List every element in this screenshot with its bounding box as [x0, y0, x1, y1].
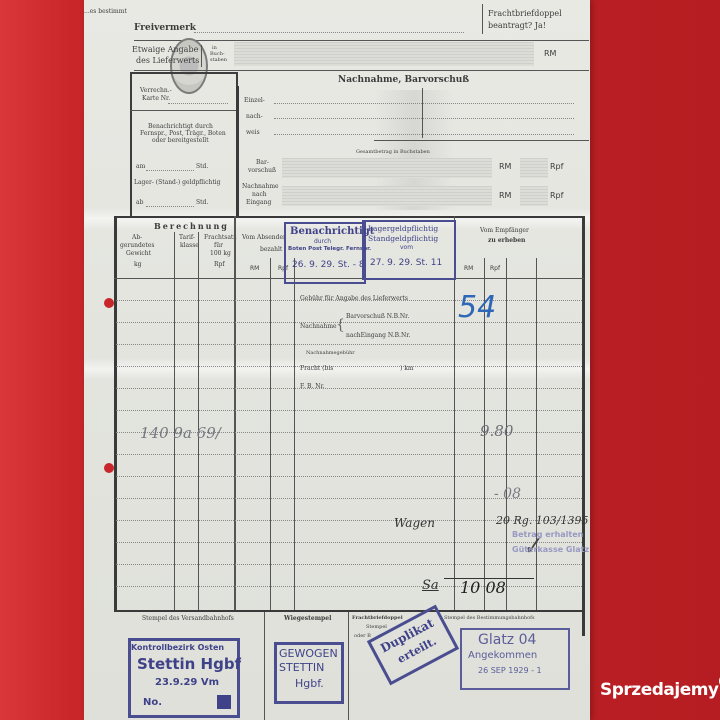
lieferwert-label-2: des Lieferwerts: [136, 57, 199, 65]
row-line: [116, 322, 582, 323]
verrechnungskarte-label: Verrechn.-: [140, 88, 172, 94]
punch-hole: [104, 463, 114, 473]
col-absender-header: bezahlt: [260, 247, 282, 253]
row-line: [116, 454, 582, 455]
column-line: [234, 216, 236, 610]
handwritten-note-word: Wagen: [394, 516, 435, 530]
handwritten-total: 10 08: [460, 578, 506, 597]
std-label: Std.: [196, 164, 208, 170]
col-rm-label: RM: [250, 266, 259, 272]
col-gewicht-header: gerundetes: [120, 243, 154, 249]
gebuehr-label: Gebühr für Angabe des Lieferwerts: [300, 296, 408, 302]
handwritten-sum-prefix: Sa: [422, 578, 439, 593]
einzelnachweis-label: Einzel-: [244, 98, 265, 104]
erhalten-stamp: Betrag erhalten Güterkasse Glatz: [512, 530, 589, 554]
divider: [264, 612, 265, 720]
handwritten-blue-number: 54: [458, 290, 496, 325]
weis-label: weis: [246, 130, 260, 136]
ab-field: [146, 206, 194, 207]
watermark-text: Sprzedajemy: [600, 680, 719, 700]
stamp-text: Lagergeldpflichtig: [368, 224, 438, 233]
handwritten-weight-row: 140 9a 69/: [140, 424, 221, 442]
nachnahme-field[interactable]: [282, 186, 492, 206]
column-line: [270, 258, 271, 610]
divider: [374, 140, 589, 141]
frachtbriefdoppel-stempel-label: Frachtbriefdoppel: [352, 616, 403, 621]
table-top-border: [114, 216, 584, 218]
stamp-text: Standgeldpflichtig: [368, 234, 438, 243]
col-rm-label: RM: [464, 266, 473, 272]
stamp-text: Stettin Hgbf: [137, 655, 241, 673]
col-gewicht-header: Gewicht: [126, 251, 151, 257]
stamp-date: 26 SEP 1929 - 1: [478, 666, 542, 675]
paper-fold: [84, 358, 590, 380]
top-fragment-text: ...es bestimmt: [84, 9, 127, 15]
divider: [134, 70, 589, 71]
col-tarif-header: Tarif-: [179, 235, 195, 241]
row-line: [116, 344, 582, 345]
nacheingang-nr-label: nachEingang N.B.Nr.: [346, 333, 410, 339]
rm-label: RM: [544, 50, 556, 58]
gewogen-stamp: GEWOGEN STETTIN Hgbf.: [274, 642, 344, 704]
lagergeld-stamp: Lagergeldpflichtig Standgeldpflichtig vo…: [362, 220, 456, 280]
erhalten-stamp-line: Güterkasse Glatz: [512, 545, 589, 554]
barvorschuss-rpf-field[interactable]: [520, 158, 548, 178]
rm-label: RM: [499, 163, 511, 171]
nach-label: nach: [252, 192, 267, 198]
col-frachtsatz-header: Frachtsatz: [204, 235, 236, 241]
nachnahme-rpf-field[interactable]: [520, 186, 548, 206]
divider: [482, 4, 483, 34]
km-label: ) km: [400, 366, 414, 372]
stettin-versand-stamp: Kontrollbezirk Osten Stettin Hgbf 23.9.2…: [128, 638, 240, 718]
col-gewicht-header: Ab-: [132, 235, 142, 241]
col-tarif-header: klasse: [180, 243, 199, 249]
lieferwert-label-1: Etwaige Angabe: [132, 46, 198, 54]
barvorschuss-field[interactable]: [282, 158, 492, 178]
glatz-angekommen-stamp: Glatz 04 Angekommen 26 SEP 1929 - 1: [460, 628, 570, 690]
barvorschuss-label: Bar-: [256, 160, 269, 166]
freivermerk-label: Freivermerk: [134, 24, 196, 33]
stamp-text: Hgbf.: [295, 677, 324, 690]
stamp-text: durch: [314, 238, 331, 245]
row-line: [116, 410, 582, 411]
bereitgestellt-label: oder bereitgestellt: [152, 138, 209, 144]
oder-label: oder B: [354, 634, 371, 639]
std-label: Std.: [196, 200, 208, 206]
am-label: am: [136, 164, 145, 170]
karte-nr-label: Karte Nr.: [142, 96, 170, 102]
einzelnachweis-line: [274, 103, 574, 104]
ab-label: ab: [136, 200, 143, 206]
wiegestempel-label: Wiegestempel: [284, 616, 331, 622]
stamp-text: Kontrollbezirk Osten: [131, 643, 224, 652]
einzelnachweis-line: [274, 118, 574, 119]
row-line: [116, 366, 582, 367]
table-left-border: [114, 216, 117, 610]
handwritten-amount: - 08: [494, 486, 521, 502]
vorschuss-label: vorschuß: [248, 168, 276, 174]
einzelnachweis-line: [274, 134, 574, 135]
stempel-label: Stempel: [366, 625, 387, 630]
barvorschuss-nr-label: Barvorschuß N.B.Nr.: [346, 314, 409, 320]
freivermerk-line: [194, 32, 464, 33]
row-line: [116, 388, 582, 389]
divider: [236, 86, 239, 216]
stamp-date: 26. 9. 29. St. - 8: [292, 260, 365, 270]
rm-label: RM: [499, 192, 511, 200]
divider: [348, 612, 349, 720]
handwritten-note-amount: 20 Rg. 103/1395: [496, 514, 589, 527]
stamp-section-divider: [114, 610, 584, 612]
am-field: [146, 170, 194, 171]
col-empfaenger-header: Vom Empfänger: [480, 228, 529, 234]
col-gewicht-unit: kg: [134, 262, 141, 268]
stamp-text: STETTIN: [279, 661, 324, 674]
col-frachtsatz-header: 100 kg: [210, 251, 231, 257]
lagergeld-label: Lager- (Stand-) geldpflichtig: [134, 180, 220, 186]
berechnung-header: Berechnung: [154, 222, 229, 230]
nach-label: nach-: [246, 114, 263, 120]
stamp-text: Boten Post Telegr. Fernspr.: [288, 246, 371, 252]
stamp-text: No.: [143, 697, 162, 708]
sprzedajemy-watermark: Sprzedajemy .pl: [600, 680, 719, 700]
stamp-text: Glatz 04: [478, 632, 536, 648]
col-frachtsatz-header: für: [214, 243, 223, 249]
staben-label: staben: [210, 58, 227, 63]
eingang-label: Eingang: [246, 200, 271, 206]
stempel-versand-label: Stempel des Versandbahnhofs: [142, 616, 234, 622]
consignment-note-document: ...es bestimmt Freivermerk Frachtbriefdo…: [84, 0, 590, 720]
punch-hole: [104, 298, 114, 308]
nachnahmegebuehr-label: Nachnahmegebühr: [306, 351, 355, 356]
karte-nr-field: [168, 103, 228, 104]
table-right-border: [582, 216, 585, 636]
nachnahme-nach-label: Nachnahme: [242, 184, 279, 190]
rpf-label: Rpf: [550, 192, 563, 200]
divider: [134, 40, 589, 41]
erhalten-stamp-line: Betrag erhalten: [512, 530, 589, 539]
divider: [201, 45, 202, 67]
col-rpf-label: Rpf: [490, 266, 500, 272]
stamp-block: [217, 695, 231, 709]
divider: [422, 88, 423, 138]
stamp-text: GEWOGEN: [279, 647, 338, 660]
column-line: [294, 258, 295, 610]
benachrichtigt-stamp: Benachrichtigt durch Boten Post Telegr. …: [284, 222, 366, 284]
divider: [130, 110, 236, 111]
nachnahme-header: Nachnahme, Barvorschuß: [338, 76, 469, 85]
stamp-text: vom: [400, 244, 413, 251]
row-line: [116, 586, 582, 587]
frachtbriefdoppel-answer: beantragt? Ja!: [488, 22, 546, 30]
fb-nr-label: F. B. Nr.: [300, 384, 325, 390]
gesamtbetrag-label: Gesamtbetrag in Buchstaben: [356, 150, 430, 155]
col-empfaenger-header: zu erheben: [488, 238, 525, 244]
fracht-label: Fracht (bis: [300, 366, 333, 372]
col-frachtsatz-unit: Rpf: [214, 262, 225, 268]
stamp-date: 27. 9. 29. St. 11: [370, 258, 442, 268]
col-absender-header: Vom Absender: [242, 235, 286, 241]
handwritten-amount: 9.80: [480, 422, 513, 440]
nachnahme-row-label: Nachnahme: [300, 324, 337, 330]
stamp-text: Angekommen: [468, 650, 537, 661]
frachtbriefdoppel-label: Frachtbriefdoppel: [488, 10, 562, 18]
brace-icon: {: [336, 318, 345, 333]
stempel-bestimmung-label: Stempel des Bestimmungsbahnhofs: [444, 616, 535, 621]
stamp-date: 23.9.29 Vm: [155, 677, 219, 688]
rpf-label: Rpf: [550, 163, 563, 171]
column-line: [198, 232, 199, 610]
column-line: [174, 232, 175, 610]
row-line: [116, 476, 582, 477]
row-line: [116, 564, 582, 565]
lieferwert-field[interactable]: [234, 42, 534, 66]
